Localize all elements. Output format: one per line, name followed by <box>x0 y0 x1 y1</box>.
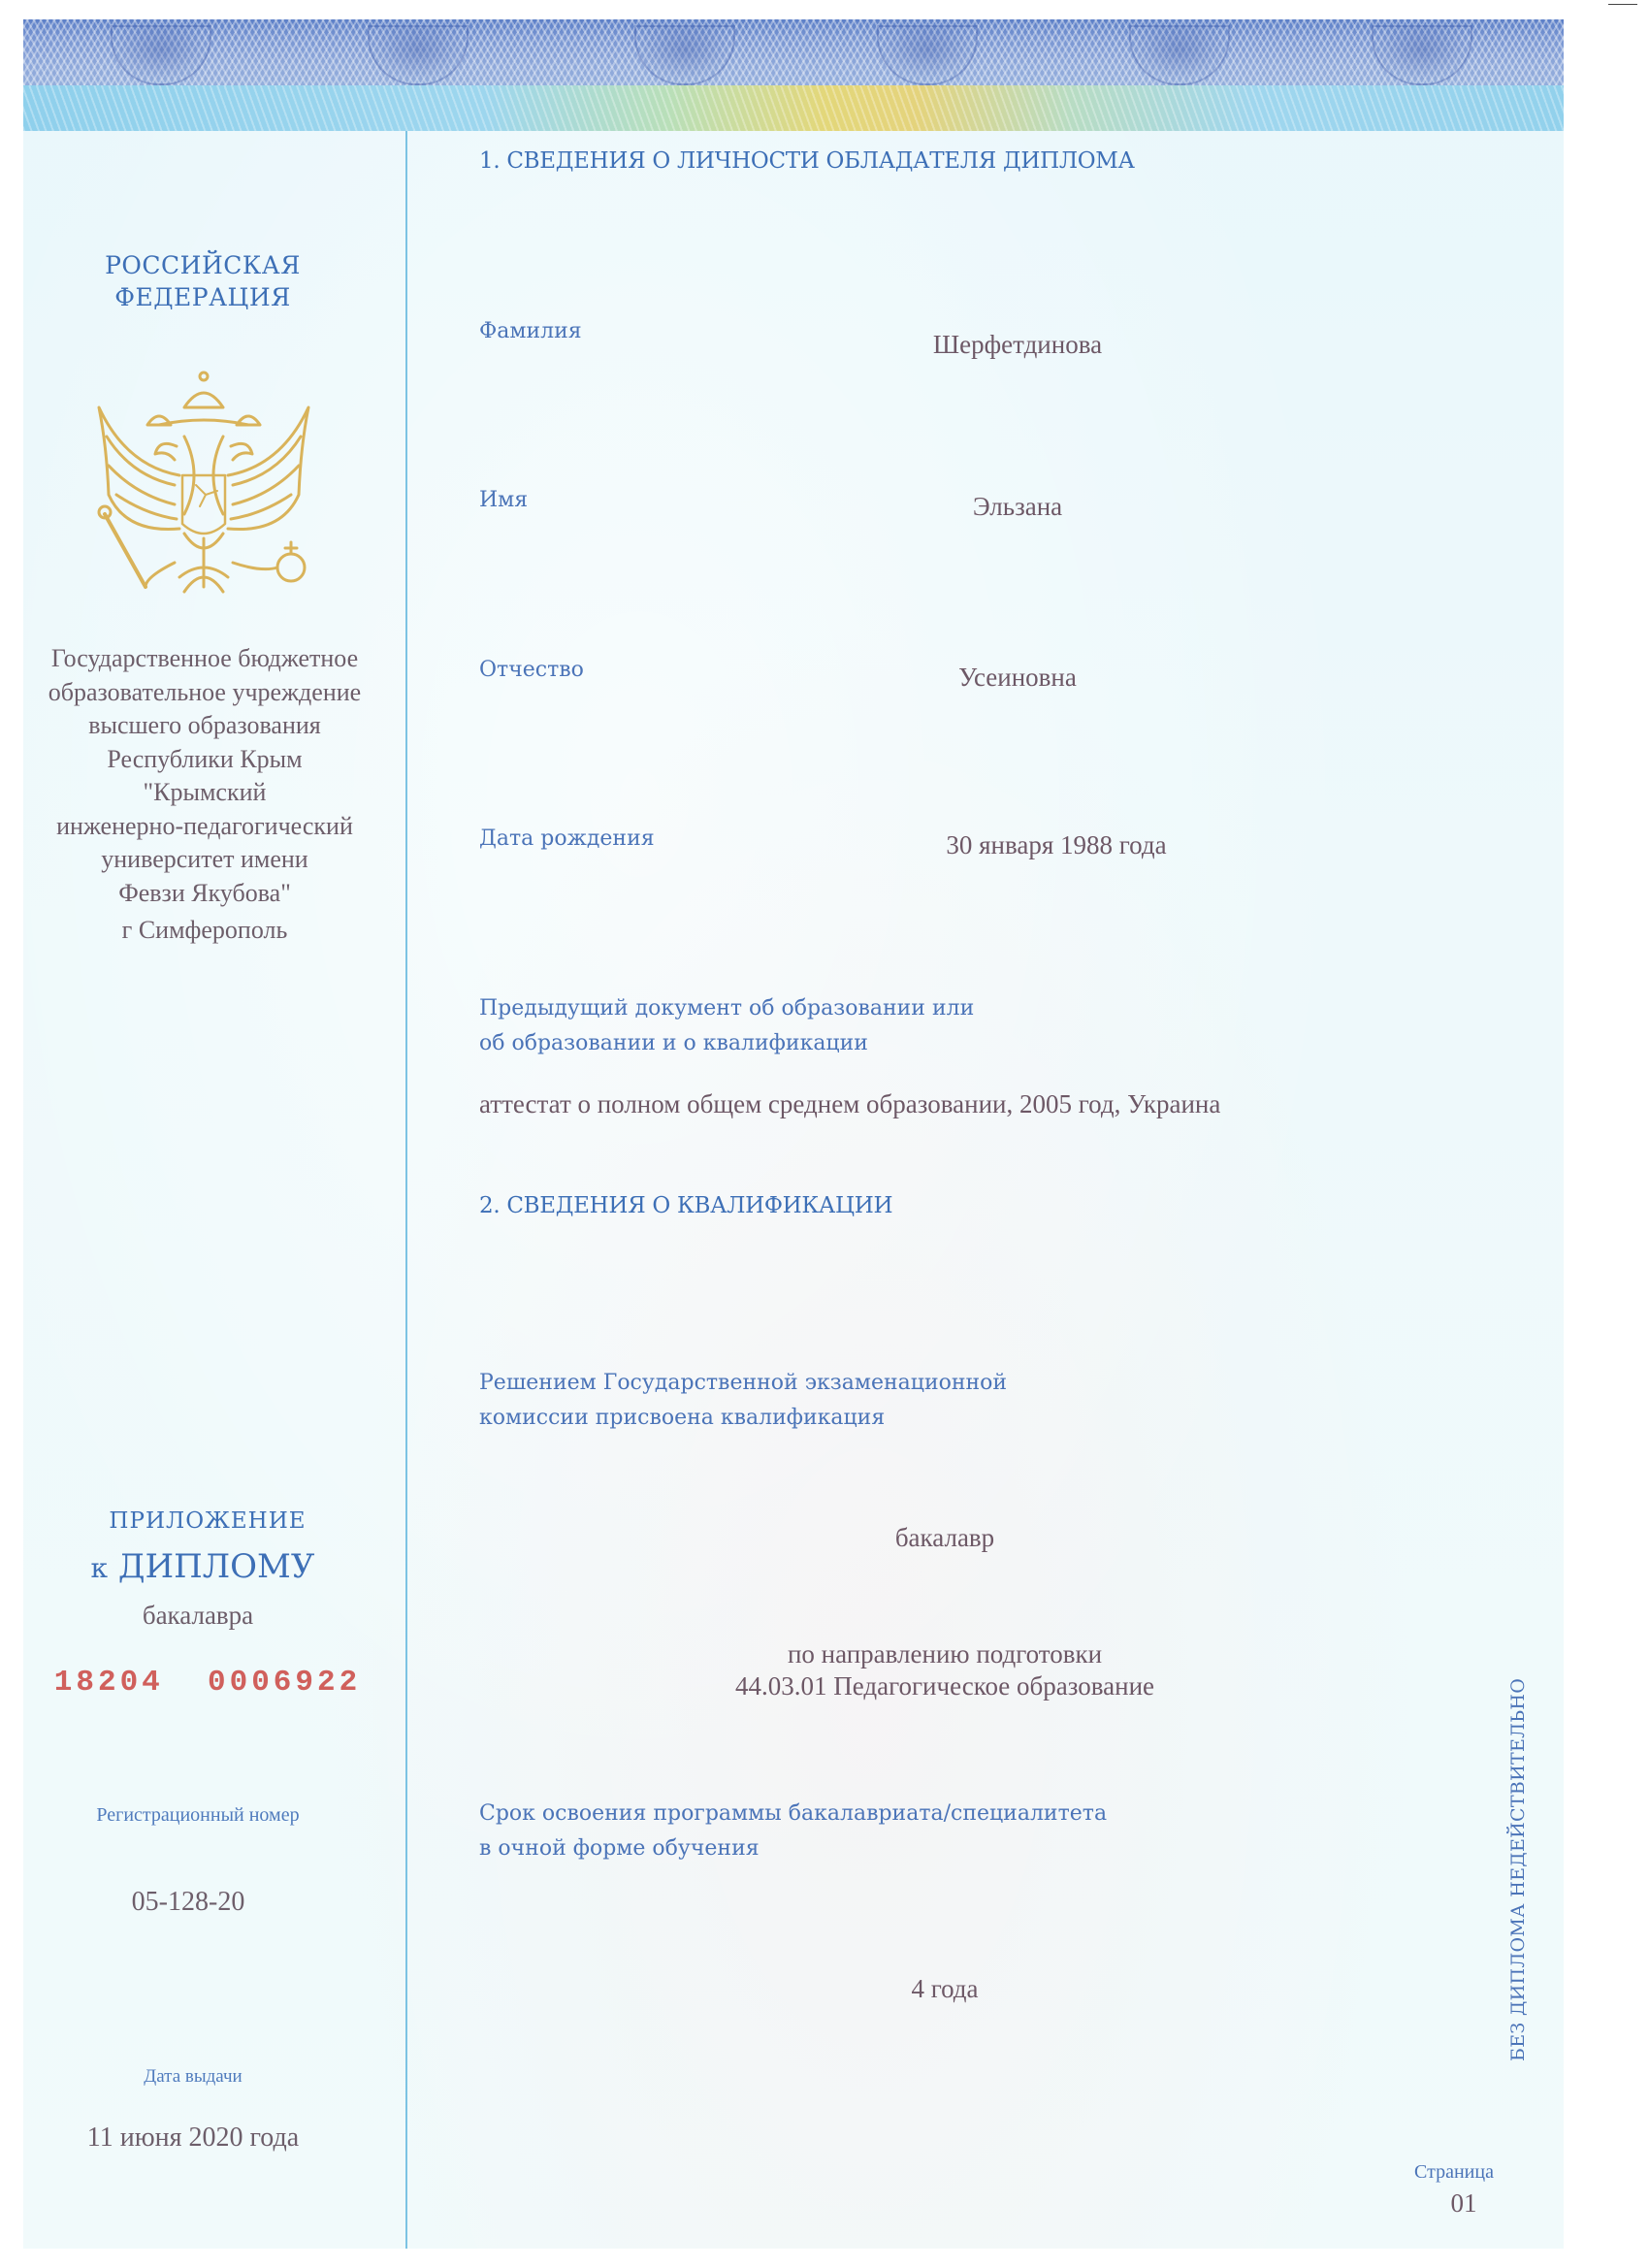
duration-value: 4 года <box>848 1974 1042 2004</box>
diploma-supplement-page: РОССИЙСКАЯ ФЕДЕРАЦИЯ <box>23 19 1564 2249</box>
field-value-patronymic: Усеиновна <box>828 663 1207 693</box>
field-label-birthdate: Дата рождения <box>479 826 655 851</box>
field-value-surname: Шерфетдинова <box>828 330 1207 360</box>
duration-label: Срок освоения программы бакалавриата/спе… <box>479 1797 1107 1866</box>
prev-document-label-line: об образовании и о квалификации <box>479 1026 974 1061</box>
decision-label-line: комиссии присвоена квалификация <box>479 1401 1007 1436</box>
qualification-decision-label: Решением Государственной экзаменационной… <box>479 1366 1007 1436</box>
page-number: 01 <box>1420 2188 1507 2219</box>
prev-document-label-line: Предыдущий документ об образовании или <box>479 991 974 1026</box>
main-panel: 1. СВЕДЕНИЯ О ЛИЧНОСТИ ОБЛАДАТЕЛЯ ДИПЛОМ… <box>23 19 1564 2249</box>
decision-label-line: Решением Государственной экзаменационной <box>479 1366 1007 1401</box>
section-2-title: 2. СВЕДЕНИЯ О КВАЛИФИКАЦИИ <box>479 1193 892 1218</box>
duration-label-line: Срок освоения программы бакалавриата/спе… <box>479 1797 1107 1831</box>
field-value-birthdate: 30 января 1988 года <box>867 830 1245 860</box>
field-value-name: Эльзана <box>828 492 1207 522</box>
field-label-patronymic: Отчество <box>479 658 584 682</box>
page-label: Страница <box>1401 2161 1507 2184</box>
duration-label-line: в очной форме обучения <box>479 1831 1107 1866</box>
scan-edge-mark <box>1608 4 1637 5</box>
direction-line-1: по направлению подготовки <box>654 1639 1236 1669</box>
field-label-surname: Фамилия <box>479 319 582 343</box>
field-label-name: Имя <box>479 488 528 512</box>
section-1-title: 1. СВЕДЕНИЯ О ЛИЧНОСТИ ОБЛАДАТЕЛЯ ДИПЛОМ… <box>479 148 1135 174</box>
direction-line-2: 44.03.01 Педагогическое образование <box>654 1671 1236 1701</box>
validity-note: БЕЗ ДИПЛОМА НЕДЕЙСТВИТЕЛЬНО <box>1507 1678 1529 2061</box>
prev-document-value: аттестат о полном общем среднем образова… <box>479 1089 1220 1119</box>
prev-document-label: Предыдущий документ об образовании или о… <box>479 991 974 1061</box>
qualification-value: бакалавр <box>799 1523 1090 1553</box>
